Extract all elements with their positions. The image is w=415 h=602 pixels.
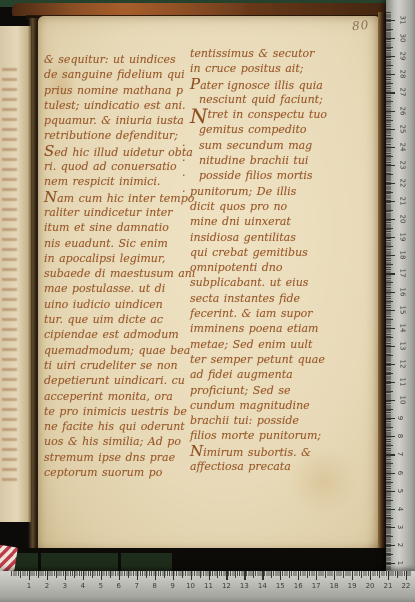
cm-tick	[101, 571, 102, 580]
ruler-number: 15	[398, 305, 406, 314]
ruler-number: 18	[330, 582, 339, 590]
text-line: ti uiri crudeliter se non	[44, 358, 190, 373]
half-cm-tick	[386, 138, 393, 139]
ruler-number: 20	[366, 582, 375, 590]
quote-mark: ·	[182, 168, 186, 183]
text-column-left: & sequitur: ut uindicesde sanguine fidel…	[44, 52, 190, 480]
half-cm-tick	[386, 264, 393, 265]
manuscript-page: 80 & sequitur: ut uindicesde sanguine fi…	[38, 16, 380, 554]
text-line: Pater ignosce illis quia	[190, 77, 378, 92]
half-cm-tick	[386, 192, 393, 193]
cm-tick	[386, 92, 395, 93]
cm-tick	[226, 571, 227, 580]
half-cm-tick	[164, 571, 165, 578]
text-line: in cruce positus ait;	[190, 61, 378, 76]
text-line: prius nomine mathana p	[44, 83, 190, 98]
ruler-number: 1	[27, 582, 31, 590]
ruler-number: 7	[396, 452, 404, 456]
ruler-number: 21	[384, 582, 393, 590]
half-cm-tick	[386, 101, 393, 102]
text-line: brachii tui: posside	[190, 413, 378, 428]
cm-tick	[386, 491, 395, 492]
ruler-number: 6	[396, 470, 404, 474]
half-cm-tick	[397, 571, 398, 578]
vertical-ruler: 3130292827262524232221201918171615141312…	[386, 0, 415, 576]
text-line: omnipotenti dno	[190, 260, 378, 275]
cm-tick	[386, 20, 395, 21]
cm-tick	[386, 237, 395, 238]
text-line: tulest; uindicatio est ani.	[44, 98, 190, 113]
text-line: tur. que uim dicte ac	[44, 312, 190, 327]
ruler-number: 2	[396, 543, 404, 547]
text-line: ter semper petunt quae	[190, 352, 378, 367]
half-cm-tick	[386, 518, 393, 519]
cm-tick	[386, 382, 395, 383]
text-line: retributione defenditur;	[44, 128, 190, 143]
cm-tick	[386, 292, 395, 293]
text-line: te pro inimicis uestris be	[44, 404, 190, 419]
text-line: ·sum secundum mag	[190, 138, 378, 153]
ruler-number: 9	[170, 582, 174, 590]
cm-tick	[173, 571, 174, 580]
text-line: cundum magnitudine	[190, 398, 378, 413]
cm-tick	[386, 310, 395, 311]
cm-tick	[386, 436, 395, 437]
half-cm-tick	[110, 571, 111, 578]
text-line: insidiosa gentilitas	[190, 230, 378, 245]
text-line: ad fidei augmenta	[190, 367, 378, 382]
text-line: filios morte punitorum;	[190, 428, 378, 443]
cm-tick	[386, 38, 395, 39]
text-line: metae; Sed enim uult	[190, 337, 378, 352]
text-line: ·nitudine brachii tui	[190, 153, 378, 168]
half-cm-tick	[386, 174, 393, 175]
text-line: nem respicit inimici.	[44, 174, 190, 189]
cm-tick	[386, 56, 395, 57]
ruler-number: 13	[240, 582, 249, 590]
cm-tick	[386, 147, 395, 148]
text-line: & sequitur: ut uindices	[44, 52, 190, 67]
half-cm-tick	[386, 536, 393, 537]
cm-tick	[191, 571, 192, 580]
text-line: nesciunt quid faciunt;	[190, 92, 378, 107]
text-line: tentissimus & secutor	[190, 46, 378, 61]
half-cm-tick	[74, 571, 75, 578]
half-cm-tick	[386, 29, 393, 30]
ruler-number: 5	[396, 488, 404, 492]
text-line: ne facite his qui oderunt	[44, 419, 190, 434]
ruler-number: 11	[204, 582, 213, 590]
ruler-number: 4	[81, 582, 85, 590]
ruler-number: 14	[258, 582, 267, 590]
text-line: acceperint monita, ora	[44, 389, 190, 404]
enlarged-initial: S	[44, 142, 54, 160]
text-line: mae postulasse. ut di	[44, 281, 190, 296]
text-line: proficiunt; Sed se	[190, 383, 378, 398]
text-line: pquamur. & iniuria iusta	[44, 113, 190, 128]
enlarged-initial: N	[44, 188, 57, 206]
cm-tick	[65, 571, 66, 580]
text-line: subaede di maestusum ani	[44, 266, 190, 281]
cm-tick	[386, 129, 395, 130]
text-line: nis euadunt. Sic enim	[44, 236, 190, 251]
cm-tick	[386, 563, 395, 564]
text-line: subplicabant. ut eius	[190, 275, 378, 290]
half-cm-tick	[386, 427, 393, 428]
ruler-number: 19	[398, 233, 406, 242]
ruler-number: 17	[398, 269, 406, 278]
ruler-number: 4	[396, 506, 404, 510]
half-cm-tick	[325, 571, 326, 578]
ruler-number: 18	[398, 251, 406, 260]
ruler-number: 8	[396, 434, 404, 438]
half-cm-tick	[200, 571, 201, 578]
half-cm-tick	[386, 156, 393, 157]
text-line: gemitus compedito	[190, 122, 378, 137]
half-cm-tick	[38, 571, 39, 578]
half-cm-tick	[386, 445, 393, 446]
ruler-number: 16	[294, 582, 303, 590]
text-line: ·posside filios mortis	[190, 168, 378, 183]
half-cm-tick	[128, 571, 129, 578]
text-line: Nam cum hic inter tempo	[44, 190, 190, 205]
cm-tick	[386, 201, 395, 202]
half-cm-tick	[386, 409, 393, 410]
cm-tick	[334, 571, 335, 580]
ruler-number: 20	[398, 215, 406, 224]
half-cm-tick	[271, 571, 272, 578]
cm-tick	[29, 571, 30, 580]
cm-tick	[262, 571, 263, 580]
half-cm-tick	[386, 319, 393, 320]
text-line: Sed hic illud uidetur obta	[44, 144, 190, 159]
ruler-number: 25	[398, 124, 406, 133]
ruler-number: 14	[398, 323, 406, 332]
cm-tick	[298, 571, 299, 580]
cm-tick	[386, 418, 395, 419]
cm-tick	[386, 328, 395, 329]
half-cm-tick	[361, 571, 362, 578]
quote-mark: ·	[182, 138, 186, 153]
cm-tick	[386, 473, 395, 474]
cm-tick	[386, 165, 395, 166]
quote-mark: ·	[182, 153, 186, 168]
enlarged-initial: N	[190, 442, 203, 460]
half-cm-tick	[343, 571, 344, 578]
text-line: qui crebat gemitibus	[190, 245, 378, 260]
half-cm-tick	[56, 571, 57, 578]
half-cm-tick	[386, 210, 393, 211]
cm-tick	[386, 364, 395, 365]
text-line: mine dni uinxerat	[190, 214, 378, 229]
ruler-number: 5	[99, 582, 103, 590]
cm-tick	[386, 111, 395, 112]
cm-tick	[47, 571, 48, 580]
text-line: secta instantes fide	[190, 291, 378, 306]
ruler-number: 1	[396, 561, 404, 565]
ruler-number: 16	[398, 287, 406, 296]
cm-tick	[386, 527, 395, 528]
cm-tick	[386, 183, 395, 184]
cm-tick	[370, 571, 371, 580]
horizontal-ruler-mm-ticks	[11, 571, 411, 576]
text-line: ri. quod ad conuersatio	[44, 159, 190, 174]
cm-tick	[388, 571, 389, 580]
ruler-number: 6	[117, 582, 121, 590]
half-cm-tick	[386, 83, 393, 84]
ruler-number: 3	[63, 582, 67, 590]
half-cm-tick	[253, 571, 254, 578]
text-line: affectiosa precata	[190, 459, 378, 474]
ruler-number: 26	[398, 106, 406, 115]
cm-tick	[316, 571, 317, 580]
facing-page-text-marks	[2, 68, 17, 488]
cm-tick	[244, 571, 245, 580]
cm-tick	[386, 346, 395, 347]
cm-tick	[386, 545, 395, 546]
text-line: stremum ipse dns prae	[44, 450, 190, 465]
text-line: raliter uindicetur inter	[44, 205, 190, 220]
half-cm-tick	[217, 571, 218, 578]
half-cm-tick	[386, 391, 393, 392]
half-cm-tick	[386, 337, 393, 338]
half-cm-tick	[386, 301, 393, 302]
ruler-number: 10	[398, 396, 406, 405]
half-cm-tick	[386, 500, 393, 501]
cm-tick	[386, 509, 395, 510]
cm-tick	[352, 571, 353, 580]
quote-mark: ·	[182, 184, 186, 199]
ruler-number: 28	[398, 70, 406, 79]
half-cm-tick	[386, 355, 393, 356]
text-line: imminens poena etiam	[190, 321, 378, 336]
text-line: de sanguine fidelium qui	[44, 67, 190, 82]
cm-tick	[209, 571, 210, 580]
half-cm-tick	[92, 571, 93, 578]
half-cm-tick	[235, 571, 236, 578]
half-cm-tick	[386, 120, 393, 121]
cm-tick	[155, 571, 156, 580]
ruler-number: 12	[222, 582, 231, 590]
ruler-number: 31	[398, 16, 406, 25]
cm-tick	[386, 273, 395, 274]
ruler-number: 10	[186, 582, 195, 590]
half-cm-tick	[307, 571, 308, 578]
horizontal-ruler: 12345678910111213141516171819202122	[0, 571, 415, 602]
ruler-number: 27	[398, 88, 406, 97]
ruler-number: 13	[398, 341, 406, 350]
ruler-number: 29	[398, 52, 406, 61]
ruler-number: 19	[348, 582, 357, 590]
ruler-number: 30	[398, 34, 406, 43]
half-cm-tick	[386, 228, 393, 229]
text-line: uino iudicio uindicen	[44, 297, 190, 312]
text-line: Nimirum subortis. &	[190, 444, 378, 459]
half-cm-tick	[386, 373, 393, 374]
text-line: depetierunt uindicari. cu	[44, 373, 190, 388]
cm-tick	[137, 571, 138, 580]
ruler-number: 22	[398, 178, 406, 187]
cm-tick	[406, 571, 407, 580]
ruler-number: 17	[312, 582, 321, 590]
cm-tick	[386, 454, 395, 455]
half-cm-tick	[386, 463, 393, 464]
cm-tick	[386, 74, 395, 75]
text-line: in apocalipsi legimur,	[44, 251, 190, 266]
half-cm-tick	[379, 571, 380, 578]
half-cm-tick	[386, 482, 393, 483]
text-line: uos & his similia; Ad po	[44, 434, 190, 449]
ruler-number: 22	[401, 582, 410, 590]
text-line: itum et sine damnatio	[44, 220, 190, 235]
enlarged-initial: P	[190, 75, 200, 93]
cm-tick	[119, 571, 120, 580]
ruler-number: 11	[398, 378, 406, 387]
text-line: quemadmodum; quae bea	[44, 343, 190, 358]
text-line: ·punitorum; De illis	[190, 184, 378, 199]
text-line: Ntret in conspectu tuo	[190, 107, 378, 122]
ruler-number: 8	[152, 582, 156, 590]
ruler-number: 15	[276, 582, 285, 590]
half-cm-tick	[386, 282, 393, 283]
ruler-number: 24	[398, 142, 406, 151]
ruler-number: 9	[396, 416, 404, 420]
cm-tick	[386, 255, 395, 256]
ruler-number: 21	[398, 197, 406, 206]
table-cloth-bottom	[0, 553, 172, 572]
half-cm-tick	[289, 571, 290, 578]
half-cm-tick	[386, 554, 393, 555]
ruler-number: 7	[134, 582, 138, 590]
text-line: cipiendae est admodum	[44, 327, 190, 342]
half-cm-tick	[386, 246, 393, 247]
text-line: dicit quos pro no	[190, 199, 378, 214]
text-line: ceptorum suorum po	[44, 465, 190, 480]
cm-tick	[386, 400, 395, 401]
cm-tick	[386, 219, 395, 220]
text-column-right: tentissimus & secutorin cruce positus ai…	[190, 46, 378, 474]
ruler-number: 23	[398, 160, 406, 169]
ruler-number: 12	[398, 359, 406, 368]
half-cm-tick	[386, 47, 393, 48]
ruler-number: 3	[396, 525, 404, 529]
half-cm-tick	[146, 571, 147, 578]
ruler-number: 2	[45, 582, 49, 590]
manuscript-photo: 80 & sequitur: ut uindicesde sanguine fi…	[0, 0, 415, 602]
text-line: fecerint. & iam supor	[190, 306, 378, 321]
cm-tick	[280, 571, 281, 580]
half-cm-tick	[182, 571, 183, 578]
half-cm-tick	[20, 571, 21, 578]
cm-tick	[83, 571, 84, 580]
half-cm-tick	[386, 65, 393, 66]
